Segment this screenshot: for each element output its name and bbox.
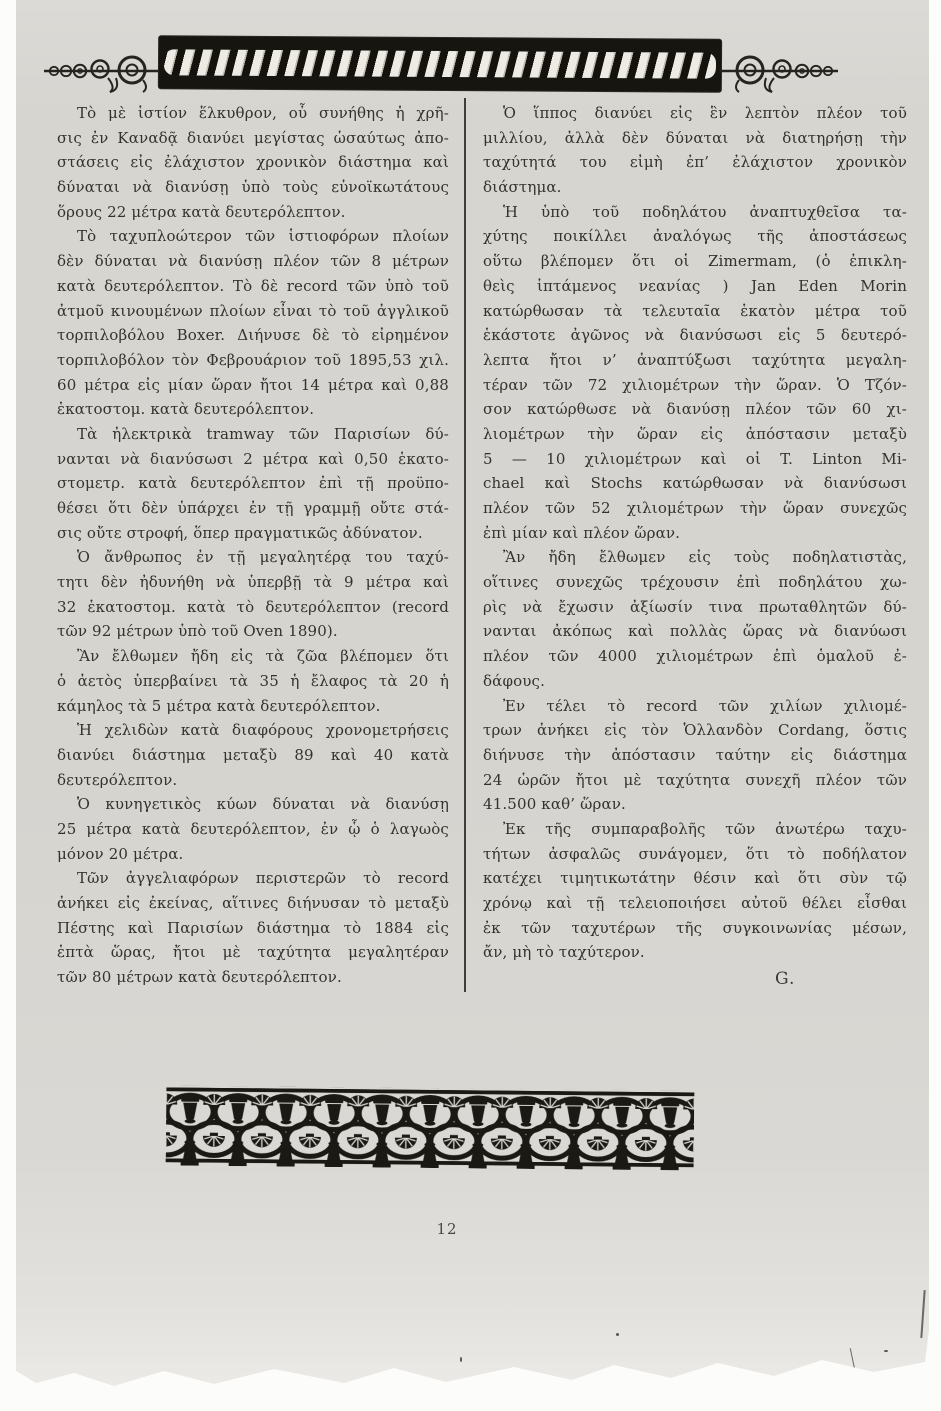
text-line: οἵτινες συνεχῶς τρέχουσιν ἐπὶ ποδηλάτου … — [483, 570, 907, 595]
text-line: 5 — 10 χιλιομέτρων καὶ οἱ T. Linton Mi- — [483, 447, 907, 472]
paragraph: Τὰ ἠλεκτρικὰ tramway τῶν Παρισίων δύ-ναν… — [57, 422, 449, 545]
text-line: θεὶς ἱπτάμενος νεανίας ) Jan Eden Morin — [483, 274, 907, 299]
text-line: ὅρους 22 μέτρα κατὰ δευτερόλεπτον. — [57, 200, 449, 225]
scan-speck — [884, 1350, 888, 1352]
text-line: ἀνήκει εἰς ἐκείνας, αἵτινες διήνυσαν τὸ … — [57, 891, 449, 916]
scan-edge-mark — [850, 1348, 856, 1370]
text-line: τήτων ἀσφαλῶς συνάγομεν, ὅτι τὸ ποδήλατο… — [483, 842, 907, 867]
text-line: Ἐν τέλει τὸ record τῶν χιλίων χιλιομέ- — [483, 694, 907, 719]
text-line: διανύει διάστημα μεταξὺ 89 καὶ 40 κατὰ — [57, 743, 449, 768]
column-divider-rule — [464, 98, 466, 992]
text-line: διήνυσε τὴν ἀπόστασιν ταύτην εἰς διάστημ… — [483, 743, 907, 768]
column-left: Τὸ μὲ ἱστίον ἕλκυθρον, οὗ συνήθης ἡ χρῆ-… — [57, 101, 449, 990]
text-line: πλέον τῶν 52 χιλιομέτρων τὴν ὥραν συνεχῶ… — [483, 496, 907, 521]
text-line: τορπιλοβόλου Boxer. Διήνυσε δὲ τὸ εἰρημέ… — [57, 323, 449, 348]
text-line: θέσει ὅτι δὲν ὑπάρχει ἐν τῇ γραμμῇ οὔτε … — [57, 496, 449, 521]
text-line: Τὰ ἠλεκτρικὰ tramway τῶν Παρισίων δύ- — [57, 422, 449, 447]
text-line: τῶν 92 μέτρων ὑπὸ τοῦ Oven 1890). — [57, 619, 449, 644]
footer-band-ornament — [166, 1085, 695, 1170]
paragraph: Ἐν τέλει τὸ record τῶν χιλίων χιλιομέ-τρ… — [483, 694, 907, 817]
paragraph: Ἡ ὑπὸ τοῦ ποδηλάτου ἀναπτυχθεῖσα τα-χύτη… — [483, 200, 907, 546]
page-number: 12 — [417, 1220, 477, 1238]
text-line: Ἡ ὑπὸ τοῦ ποδηλάτου ἀναπτυχθεῖσα τα- — [483, 200, 907, 225]
scanned-page: Τὸ μὲ ἱστίον ἕλκυθρον, οὗ συνήθης ἡ χρῆ-… — [0, 0, 941, 1411]
paragraph: Ὁ ἵππος διανύει εἰς ἓν λεπτὸν πλέον τοῦμ… — [483, 101, 907, 200]
text-line: 25 μέτρα κατὰ δευτερόλεπτον, ἐν ᾧ ὁ λαγω… — [57, 817, 449, 842]
paragraph: Τὸ μὲ ἱστίον ἕλκυθρον, οὗ συνήθης ἡ χρῆ-… — [57, 101, 449, 224]
text-line: Τὸ μὲ ἱστίον ἕλκυθρον, οὗ συνήθης ἡ χρῆ- — [57, 101, 449, 126]
text-line: τρων ἀνήκει εἰς τὸν Ὁλλανδὸν Cordang, ὅσ… — [483, 718, 907, 743]
text-line: Τῶν ἀγγελιαφόρων περιστερῶν τὸ record — [57, 866, 449, 891]
paragraph: Ἡ χελιδὼν κατὰ διαφόρους χρονομετρήσειςδ… — [57, 718, 449, 792]
paragraph: Τῶν ἀγγελιαφόρων περιστερῶν τὸ recordἀνή… — [57, 866, 449, 989]
text-line: δευτερόλεπτον. — [57, 768, 449, 793]
text-line: δύναται νὰ διανύσῃ ὑπὸ τοὺς εὐνοϊκωτάτου… — [57, 175, 449, 200]
text-line: κατώρθωσαν τὰ τελευταῖα ἑκατὸν μέτρα τοῦ — [483, 299, 907, 324]
text-line: 32 ἑκατοστομ. κατὰ τὸ δευτερόλεπτον (rec… — [57, 595, 449, 620]
text-line: χύτης ποικίλλει ἀναλόγως τῆς ἀποστάσεως — [483, 224, 907, 249]
text-line: τορπιλοβόλον τὸν Φεβρουάριον τοῦ 1895,53… — [57, 348, 449, 373]
paragraph: Ἂν ἔλθωμεν ἤδη εἰς τὰ ζῶα βλέπομεν ὅτιὁ … — [57, 644, 449, 718]
text-line: ρὶς νὰ ἔχωσιν ἀξίωσίν τινα πρωταθλητῶν δ… — [483, 595, 907, 620]
text-line: ἐπὶ μίαν καὶ πλέον ὥραν. — [483, 521, 907, 546]
text-line: ἑκατοστομ. κατὰ δευτερόλεπτον. — [57, 397, 449, 422]
text-line: σις ἐν Καναδᾷ διανύει μεγίστας ὡσαύτως ἀ… — [57, 126, 449, 151]
text-line: κατὰ δευτερόλεπτον. Τὸ δὲ record τῶν ὑπὸ… — [57, 274, 449, 299]
text-line: δὲν δύναται νὰ διανύσῃ πλέον τῶν 8 μέτρω… — [57, 249, 449, 274]
scan-speck — [460, 1357, 462, 1362]
text-line: χρόνῳ καὶ τῇ τελειοποιήσει αὐτοῦ θέλει ε… — [483, 891, 907, 916]
text-line: πλέον τῶν 4000 χιλιομέτρων ἐπὶ ὁμαλοῦ ἐ- — [483, 644, 907, 669]
paragraph: Ὁ ἄνθρωπος ἐν τῇ μεγαλητέρᾳ του ταχύ-τητ… — [57, 545, 449, 644]
text-line: ἑπτὰ ὥρας, ἤτοι μὲ ταχύτητα μεγαλητέραν — [57, 940, 449, 965]
text-line: τῶν 80 μέτρων κατὰ δευτερόλεπτον. — [57, 965, 449, 990]
scan-speck — [616, 1333, 619, 1336]
text-line: Τὸ ταχυπλοώτερον τῶν ἱστιοφόρων πλοίων — [57, 224, 449, 249]
text-line: τητι δὲν ἠδυνήθη νὰ ὑπερβῇ τὰ 9 μέτρα κα… — [57, 570, 449, 595]
text-line: νανται νὰ διανύσωσι 2 μέτρα καὶ 0,50 ἑκα… — [57, 447, 449, 472]
text-line: οὕτω βλέπομεν ὅτι οἱ Zimermam, (ὁ ἐπικλη… — [483, 249, 907, 274]
text-line: ἑκάστοτε ἀγῶνος νὰ διανύσωσι εἰς 5 δευτε… — [483, 323, 907, 348]
signature: G. — [775, 967, 907, 992]
text-line: Ὁ κυνηγετικὸς κύων δύναται νὰ διανύσῃ — [57, 792, 449, 817]
text-line: στάσεις εἰς ἐλάχιστον χρονικὸν διάστημα … — [57, 150, 449, 175]
text-line: κάμηλος τὰ 5 μέτρα κατὰ δευτερόλεπτον. — [57, 694, 449, 719]
text-line: σον κατώρθωσε νὰ διανύσῃ πλέον τῶν 60 χι… — [483, 397, 907, 422]
text-line: 41.500 καθ’ ὥραν. — [483, 792, 907, 817]
text-line: ἄν, μὴ τὸ ταχύτερον. — [483, 940, 907, 965]
scan-edge-mark — [920, 1290, 925, 1338]
text-line: μιλλίου, ἀλλὰ δὲν δύναται νὰ διατηρήσῃ τ… — [483, 126, 907, 151]
text-line: Ὁ ἵππος διανύει εἰς ἓν λεπτὸν πλέον τοῦ — [483, 101, 907, 126]
text-line: λεπτα ἤτοι ν’ ἀναπτύξωσι ταχύτητα μεγαλη… — [483, 348, 907, 373]
scroll-flourish-icon — [720, 50, 838, 94]
text-line: δάφους. — [483, 669, 907, 694]
text-line: Ἡ χελιδὼν κατὰ διαφόρους χρονομετρήσεις — [57, 718, 449, 743]
text-line: διάστημα. — [483, 175, 907, 200]
text-line: ἀτμοῦ κινουμένων πλοίων εἶναι τὸ τοῦ ἀγγ… — [57, 299, 449, 324]
paper-sheet: Τὸ μὲ ἱστίον ἕλκυθρον, οὗ συνήθης ἡ χρῆ-… — [16, 0, 929, 1402]
text-line: Πέστης καὶ Παρισίων διάστημα τὸ 1884 εἰς — [57, 916, 449, 941]
paragraph: Ἐκ τῆς συμπαραβολῆς τῶν ἀνωτέρω ταχυ-τήτ… — [483, 817, 907, 965]
text-line: Ἂν ἔλθωμεν ἤδη εἰς τὰ ζῶα βλέπομεν ὅτι — [57, 644, 449, 669]
text-line: 60 μέτρα εἰς μίαν ὥραν ἤτοι 14 μέτρα καὶ… — [57, 373, 449, 398]
text-line: νανται ἀκόπως καὶ πολλὰς ὥρας νὰ διανύωσ… — [483, 619, 907, 644]
text-line: λιομέτρων τὴν ὥραν εἰς ἀπόστασιν μεταξὺ — [483, 422, 907, 447]
scroll-flourish-icon — [44, 50, 162, 94]
text-line: τέραν τῶν 72 χιλιομέτρων τὴν ὥραν. Ὁ Τζό… — [483, 373, 907, 398]
text-line: Ἂν ἤδη ἔλθωμεν εἰς τοὺς ποδηλατιστὰς, — [483, 545, 907, 570]
text-line: στομετρ. κατὰ δευτερόλεπτον ἐπὶ τῇ προϋπ… — [57, 471, 449, 496]
text-line: ταχύτητά του εἰμὴ ἐπ’ ἐλάχιστον χρονικὸν — [483, 150, 907, 175]
rope-braid-band-ornament — [159, 36, 721, 91]
text-line: Ἐκ τῆς συμπαραβολῆς τῶν ἀνωτέρω ταχυ- — [483, 817, 907, 842]
paragraph: Ἂν ἤδη ἔλθωμεν εἰς τοὺς ποδηλατιστὰς,οἵτ… — [483, 545, 907, 693]
text-line: chael καὶ Stochs κατώρθωσαν νὰ διανύσωσι — [483, 471, 907, 496]
text-line: σις οὔτε στροφή, ὅπερ πραγματικῶς ἀδύνατ… — [57, 521, 449, 546]
text-line: κατέχει τιμητικωτάτην θέσιν καὶ ὅτι σὺν … — [483, 866, 907, 891]
text-line: ὁ ἀετὸς ὑπερβαίνει τὰ 35 ἡ ἔλαφος τὰ 20 … — [57, 669, 449, 694]
paragraph: Τὸ ταχυπλοώτερον τῶν ἱστιοφόρων πλοίωνδὲ… — [57, 224, 449, 422]
paragraph: Ὁ κυνηγετικὸς κύων δύναται νὰ διανύσῃ25 … — [57, 792, 449, 866]
text-line: Ὁ ἄνθρωπος ἐν τῇ μεγαλητέρᾳ του ταχύ- — [57, 545, 449, 570]
text-line: ἐκ τῶν ταχυτέρων τῆς συγκοινωνίας μέσων, — [483, 916, 907, 941]
text-line: μόνον 20 μέτρα. — [57, 842, 449, 867]
column-right: Ὁ ἵππος διανύει εἰς ἓν λεπτὸν πλέον τοῦμ… — [483, 101, 907, 992]
rope-strands — [164, 49, 716, 78]
text-line: 24 ὡρῶν ἤτοι μὲ ταχύτητα συνεχῆ πλέον τῶ… — [483, 768, 907, 793]
